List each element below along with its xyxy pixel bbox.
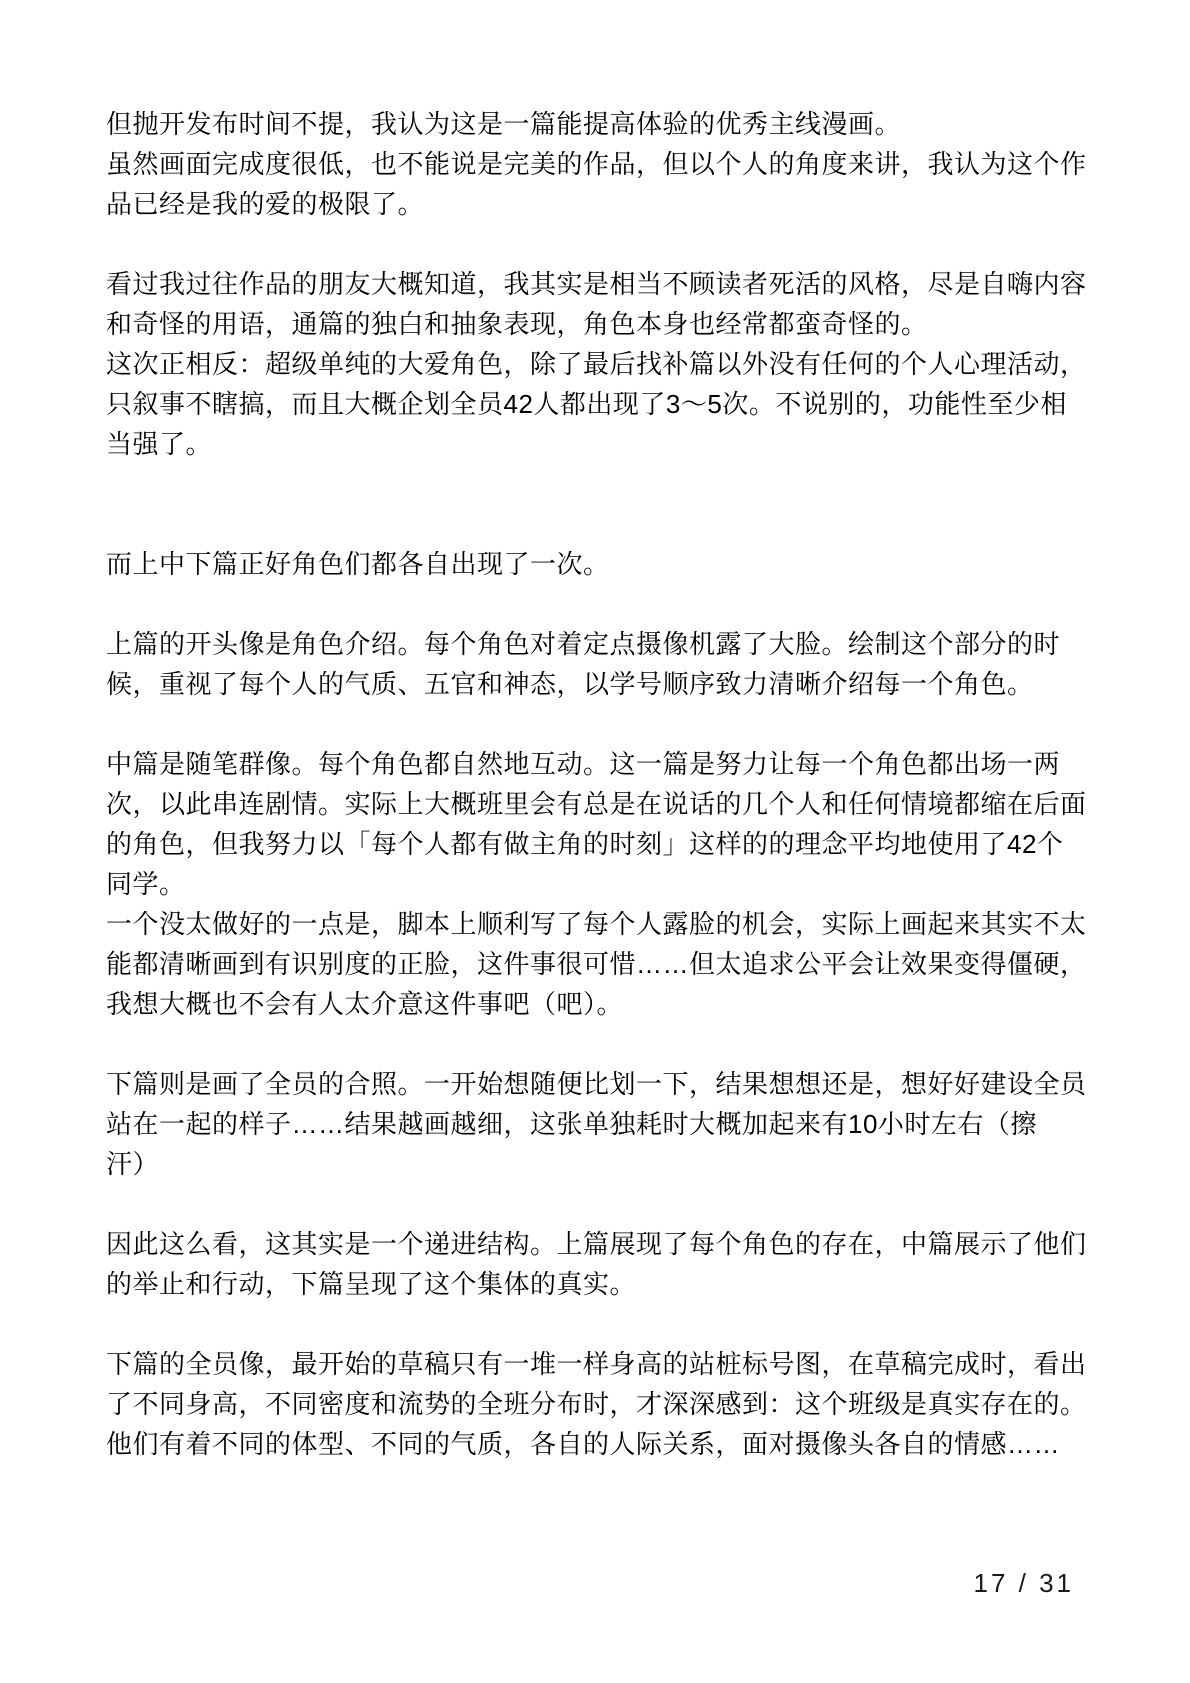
text-line: 这次正相反：超级单纯的大爱角色，除了最后找补篇以外没有任何的个人心理活动， [106,344,1090,384]
text-line: 同学。 [106,864,1090,904]
text-line: 能都清晰画到有识别度的正脸，这件事很可惜……但太追求公平会让效果变得僵硬， [106,944,1090,984]
paragraph: 上篇的开头像是角色介绍。每个角色对着定点摄像机露了大脸。绘制这个部分的时候，重视… [106,624,1090,704]
text-line: 中篇是随笔群像。每个角色都自然地互动。这一篇是努力让每一个角色都出场一两 [106,744,1090,784]
paragraph: 因此这么看，这其实是一个递进结构。上篇展现了每个角色的存在，中篇展示了他们的举止… [106,1224,1090,1304]
text-line: 但抛开发布时间不提，我认为这是一篇能提高体验的优秀主线漫画。 [106,104,1090,144]
text-line: 上篇的开头像是角色介绍。每个角色对着定点摄像机露了大脸。绘制这个部分的时 [106,624,1090,664]
paragraph: 看过我过往作品的朋友大概知道，我其实是相当不顾读者死活的风格，尽是自嗨内容和奇怪… [106,264,1090,464]
text-line: 我想大概也不会有人太介意这件事吧（吧）。 [106,984,1090,1024]
text-line: 因此这么看，这其实是一个递进结构。上篇展现了每个角色的存在，中篇展示了他们 [106,1224,1090,1264]
text-line: 他们有着不同的体型、不同的气质，各自的人际关系，面对摄像头各自的情感…… [106,1424,1090,1464]
text-line: 和奇怪的用语，通篇的独白和抽象表现，角色本身也经常都蛮奇怪的。 [106,304,1090,344]
text-line: 汗） [106,1144,1090,1184]
text-line: 一个没太做好的一点是，脚本上顺利写了每个人露脸的机会，实际上画起来其实不太 [106,904,1090,944]
text-line: 站在一起的样子……结果越画越细，这张单独耗时大概加起来有10小时左右（擦 [106,1104,1090,1144]
text-line: 当强了。 [106,424,1090,464]
text-line: 只叙事不瞎搞，而且大概企划全员42人都出现了3～5次。不说别的，功能性至少相 [106,384,1090,424]
paragraph: 中篇是随笔群像。每个角色都自然地互动。这一篇是努力让每一个角色都出场一两次，以此… [106,744,1090,1024]
text-line: 下篇则是画了全员的合照。一开始想随便比划一下，结果想想还是，想好好建设全员 [106,1064,1090,1104]
paragraph: 下篇则是画了全员的合照。一开始想随便比划一下，结果想想还是，想好好建设全员站在一… [106,1064,1090,1184]
text-line: 品已经是我的爱的极限了。 [106,184,1090,224]
document-text: 但抛开发布时间不提，我认为这是一篇能提高体验的优秀主线漫画。虽然画面完成度很低，… [106,104,1090,1464]
text-line: 了不同身高，不同密度和流势的全班分布时，才深深感到：这个班级是真实存在的。 [106,1384,1090,1424]
text-line: 的举止和行动，下篇呈现了这个集体的真实。 [106,1264,1090,1304]
text-line: 虽然画面完成度很低，也不能说是完美的作品，但以个人的角度来讲，我认为这个作 [106,144,1090,184]
text-line: 下篇的全员像，最开始的草稿只有一堆一样身高的站桩标号图，在草稿完成时，看出 [106,1344,1090,1384]
document-page: 但抛开发布时间不提，我认为这是一篇能提高体验的优秀主线漫画。虽然画面完成度很低，… [0,0,1190,1683]
paragraph: 但抛开发布时间不提，我认为这是一篇能提高体验的优秀主线漫画。虽然画面完成度很低，… [106,104,1090,224]
page-number: 17 / 31 [973,1568,1074,1599]
text-line: 看过我过往作品的朋友大概知道，我其实是相当不顾读者死活的风格，尽是自嗨内容 [106,264,1090,304]
paragraph: 下篇的全员像，最开始的草稿只有一堆一样身高的站桩标号图，在草稿完成时，看出了不同… [106,1344,1090,1464]
paragraph: 而上中下篇正好角色们都各自出现了一次。 [106,544,1090,584]
text-line: 的角色，但我努力以「每个人都有做主角的时刻」这样的的理念平均地使用了42个 [106,824,1090,864]
text-line: 次，以此串连剧情。实际上大概班里会有总是在说话的几个人和任何情境都缩在后面 [106,784,1090,824]
text-line: 候，重视了每个人的气质、五官和神态，以学号顺序致力清晰介绍每一个角色。 [106,664,1090,704]
text-line: 而上中下篇正好角色们都各自出现了一次。 [106,544,1090,584]
